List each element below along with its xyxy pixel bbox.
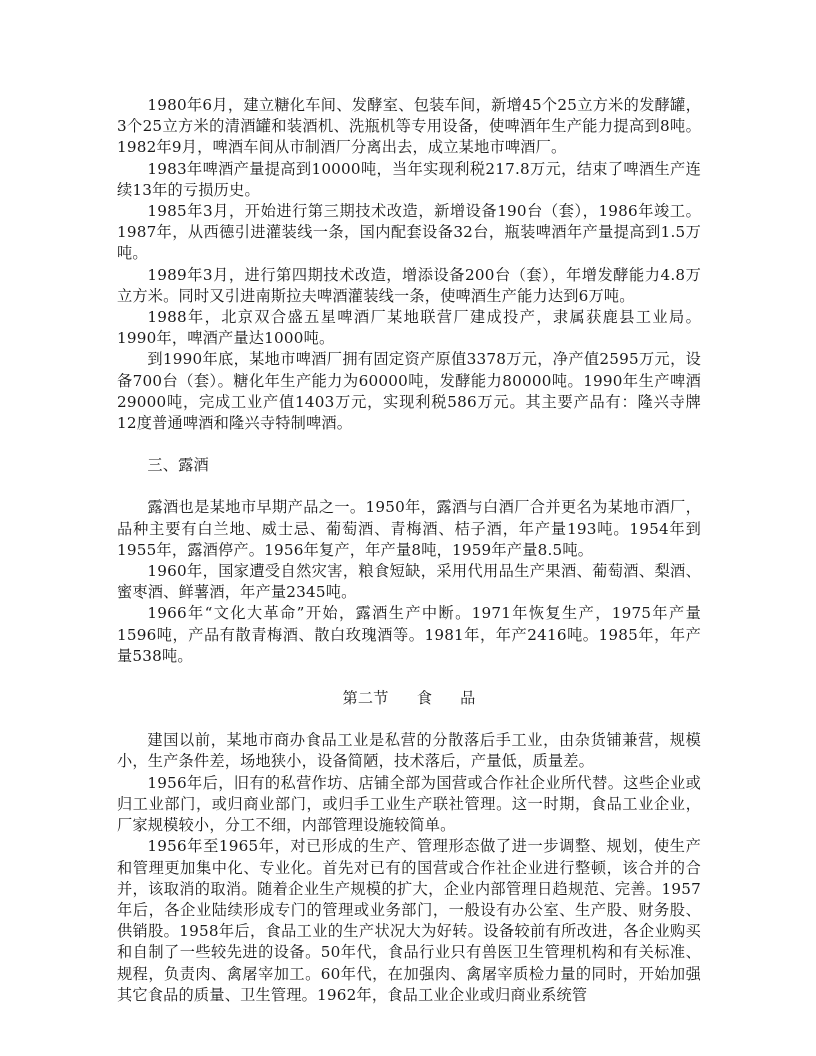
paragraph-beer-1989: 1989年3月，进行第四期技术改造，增添设备200台（套），年增发酵能力4.8万… bbox=[117, 265, 701, 307]
paragraph-liqueur-1966: 1966年“文化大革命”开始，露酒生产中断。1971年恢复生产，1975年产量1… bbox=[117, 603, 701, 667]
section-number: 第二节 bbox=[343, 688, 389, 709]
section-title: 第二节食品 bbox=[117, 688, 701, 709]
paragraph-food-prefounding: 建国以前，某地市商办食品工业是私营的分散落后手工业，由杂货铺兼营，规模小，生产条… bbox=[117, 730, 701, 772]
paragraph-food-1956-1965: 1956年至1965年，对已形成的生产、管理形态做了进一步调整、规划，使生产和管… bbox=[117, 836, 701, 1006]
spacer bbox=[117, 709, 701, 730]
spacer bbox=[117, 476, 701, 497]
paragraph-beer-1985: 1985年3月，开始进行第三期技术改造，新增设备190台（套），1986年竣工。… bbox=[117, 201, 701, 265]
paragraph-beer-1980: 1980年6月，建立糖化车间、发酵室、包装车间，新增45个25立方米的发酵罐，3… bbox=[117, 95, 701, 159]
paragraph-liqueur-1950: 露酒也是某地市早期产品之一。1950年，露酒与白酒厂合并更名为某地市酒厂，品种主… bbox=[117, 497, 701, 561]
section-title-char-2: 品 bbox=[460, 688, 475, 709]
section-title-char-1: 食 bbox=[417, 688, 432, 709]
subsection-heading: 三、露酒 bbox=[117, 455, 701, 476]
spacer bbox=[117, 434, 701, 455]
paragraph-beer-1988: 1988年，北京双合盛五星啤酒厂某地联营厂建成投产，隶属获鹿县工业局。1990年… bbox=[117, 307, 701, 349]
paragraph-beer-1990: 到1990年底，某地市啤酒厂拥有固定资产原值3378万元，净产值2595万元，设… bbox=[117, 349, 701, 434]
spacer bbox=[117, 667, 701, 688]
paragraph-food-1956: 1956年后，旧有的私营作坊、店铺全部为国营或合作社企业所代替。这些企业或归工业… bbox=[117, 773, 701, 837]
document-page: 1980年6月，建立糖化车间、发酵室、包装车间，新增45个25立方米的发酵罐，3… bbox=[117, 95, 701, 1006]
paragraph-beer-1983: 1983年啤酒产量提高到10000吨，当年实现利税217.8万元，结束了啤酒生产… bbox=[117, 159, 701, 201]
paragraph-liqueur-1960: 1960年，国家遭受自然灾害，粮食短缺，采用代用品生产果酒、葡萄酒、梨酒、蜜枣酒… bbox=[117, 561, 701, 603]
